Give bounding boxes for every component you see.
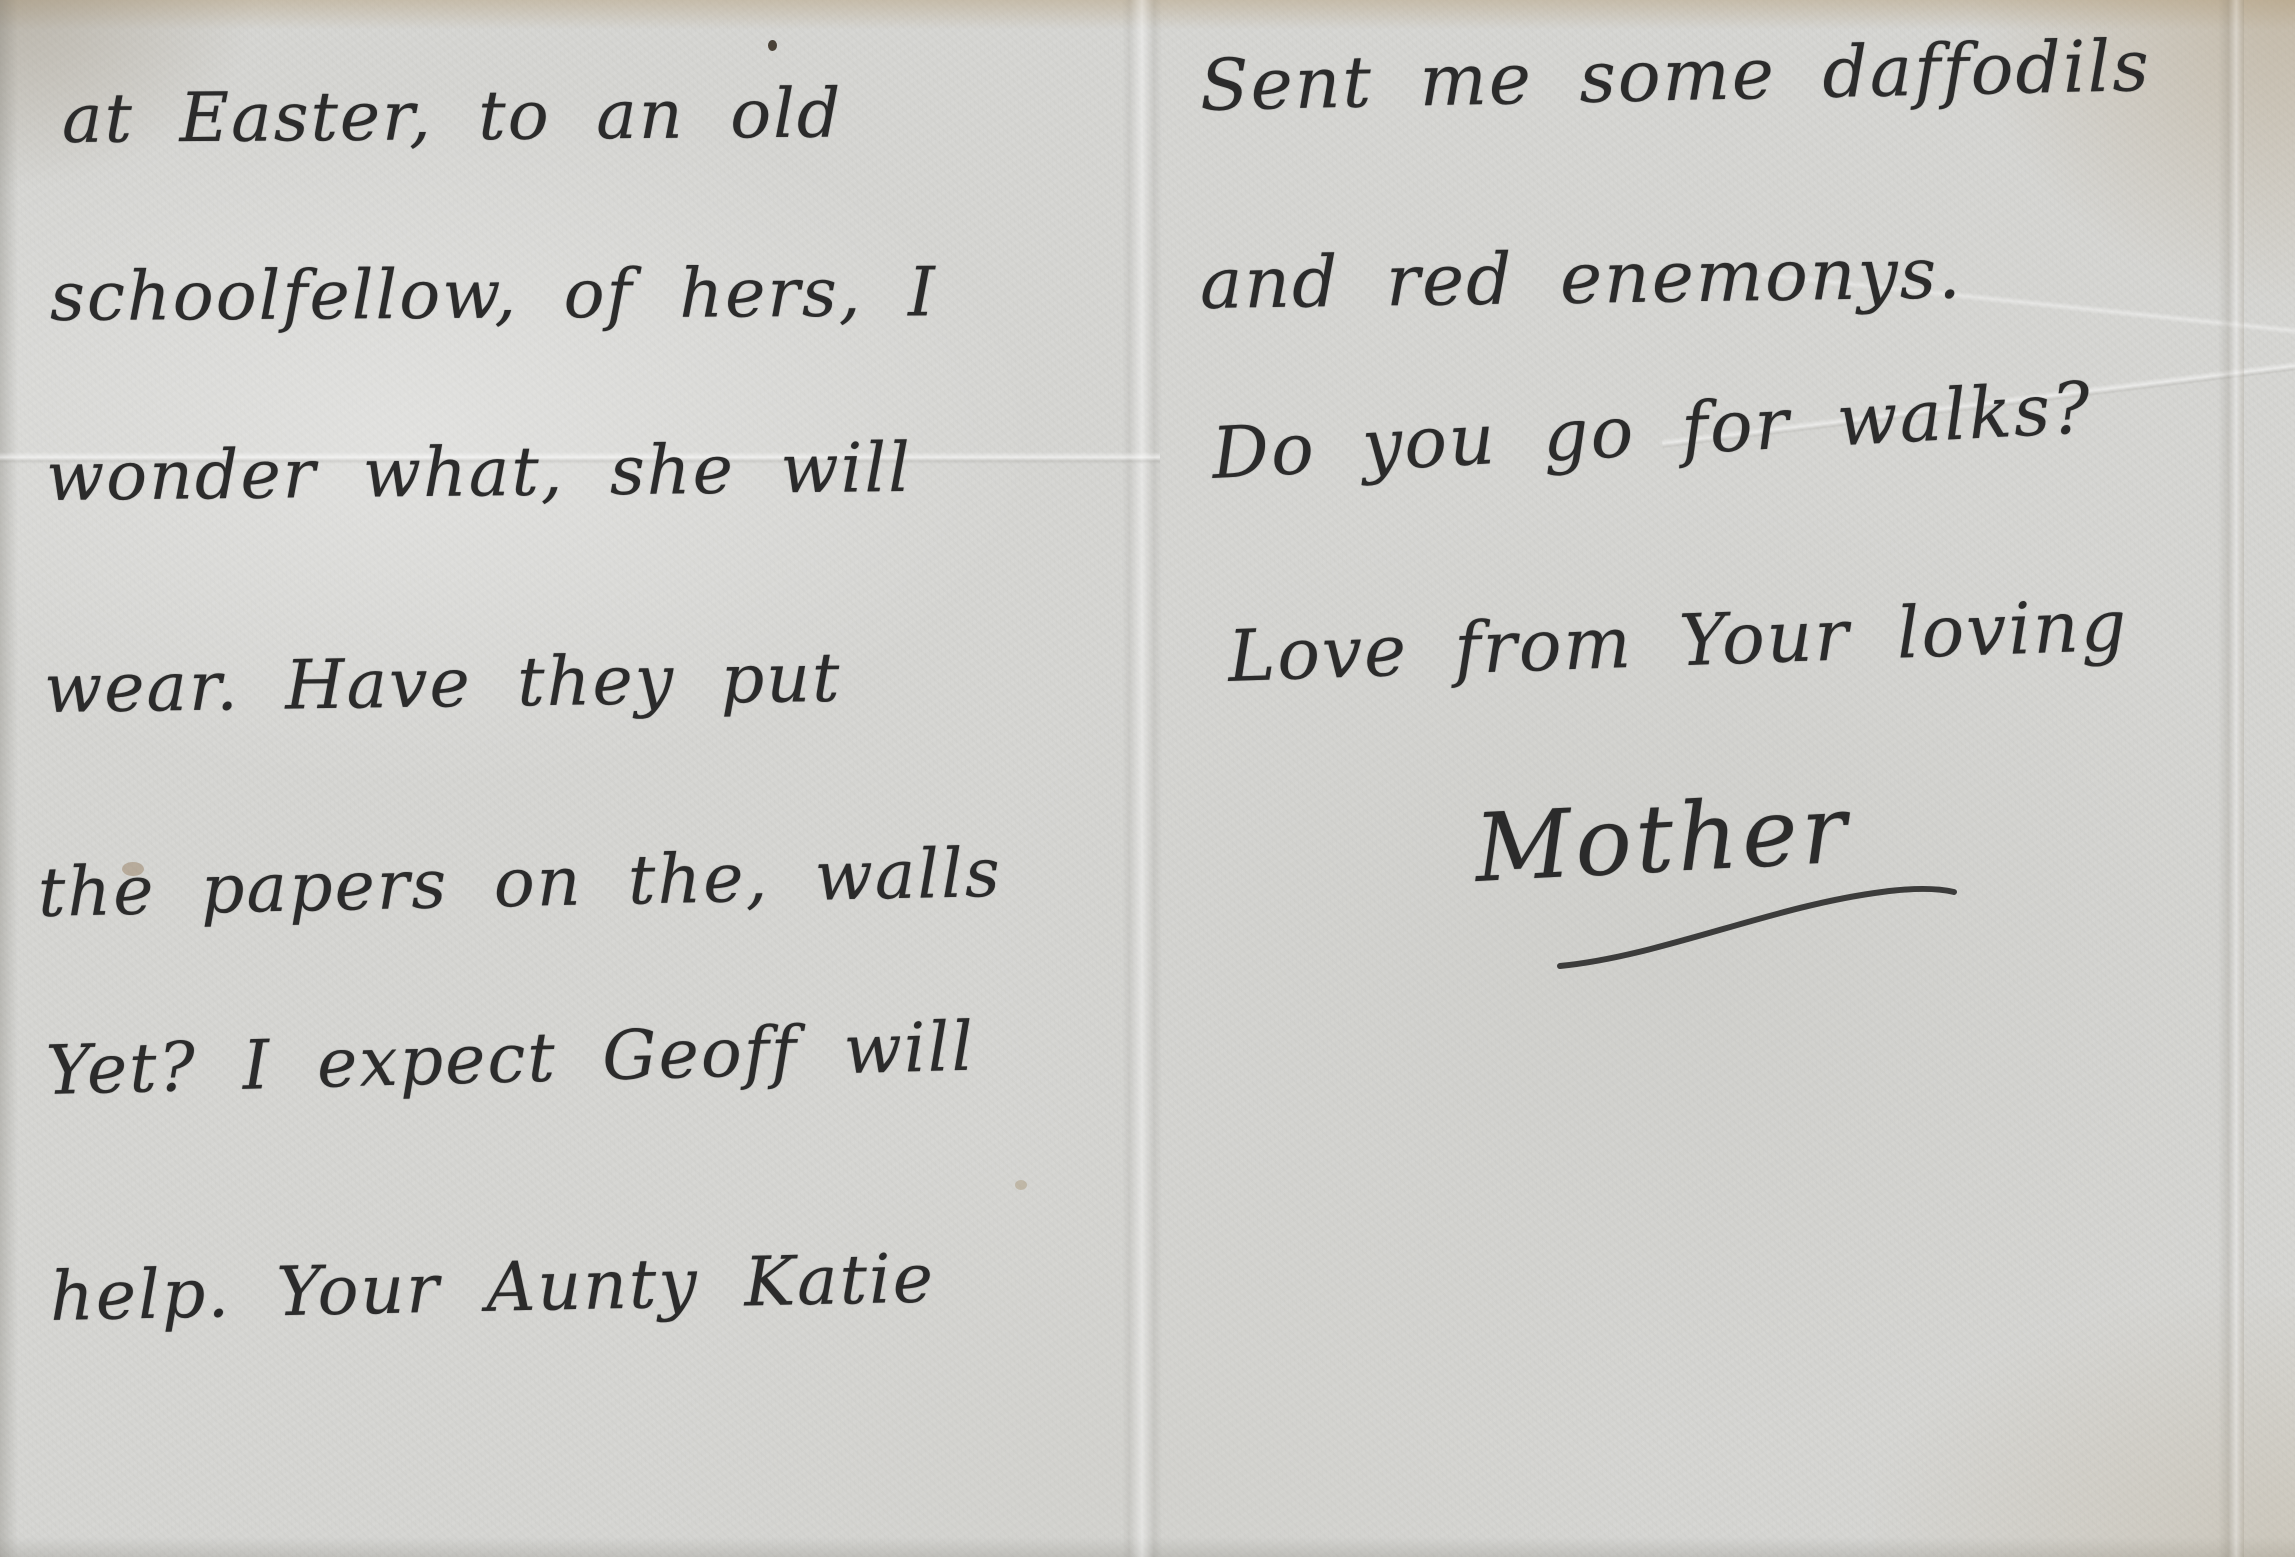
handwritten-line: and red enemonys. [1199, 231, 1963, 325]
handwritten-line: Yet? I expect Geoff will [45, 1008, 976, 1111]
signature-underline-flourish [1552, 868, 1962, 978]
handwritten-line: at Easter, to an old [62, 75, 843, 159]
handwritten-line: help. Your Aunty Katie [49, 1239, 936, 1337]
fold-crease-center-vertical [1122, 0, 1162, 1557]
ink-speck [768, 40, 777, 51]
handwritten-line: schoolfellow, of hers, I [50, 253, 937, 337]
handwritten-line: the papers on the, walls [37, 834, 1002, 933]
handwritten-line: Do you go for walks? [1210, 366, 2094, 495]
letter-scan: at Easter, to an old schoolfellow, of he… [0, 0, 2295, 1557]
handwritten-line: wear. Have they put [43, 639, 841, 729]
paper-left-edge-shadow [0, 0, 18, 1557]
paper-stain [1015, 1180, 1027, 1190]
handwritten-line: Love from Your loving [1227, 584, 2130, 698]
handwritten-line: wonder what, she will [46, 429, 913, 517]
fold-crease-right-edge [2218, 0, 2244, 1557]
